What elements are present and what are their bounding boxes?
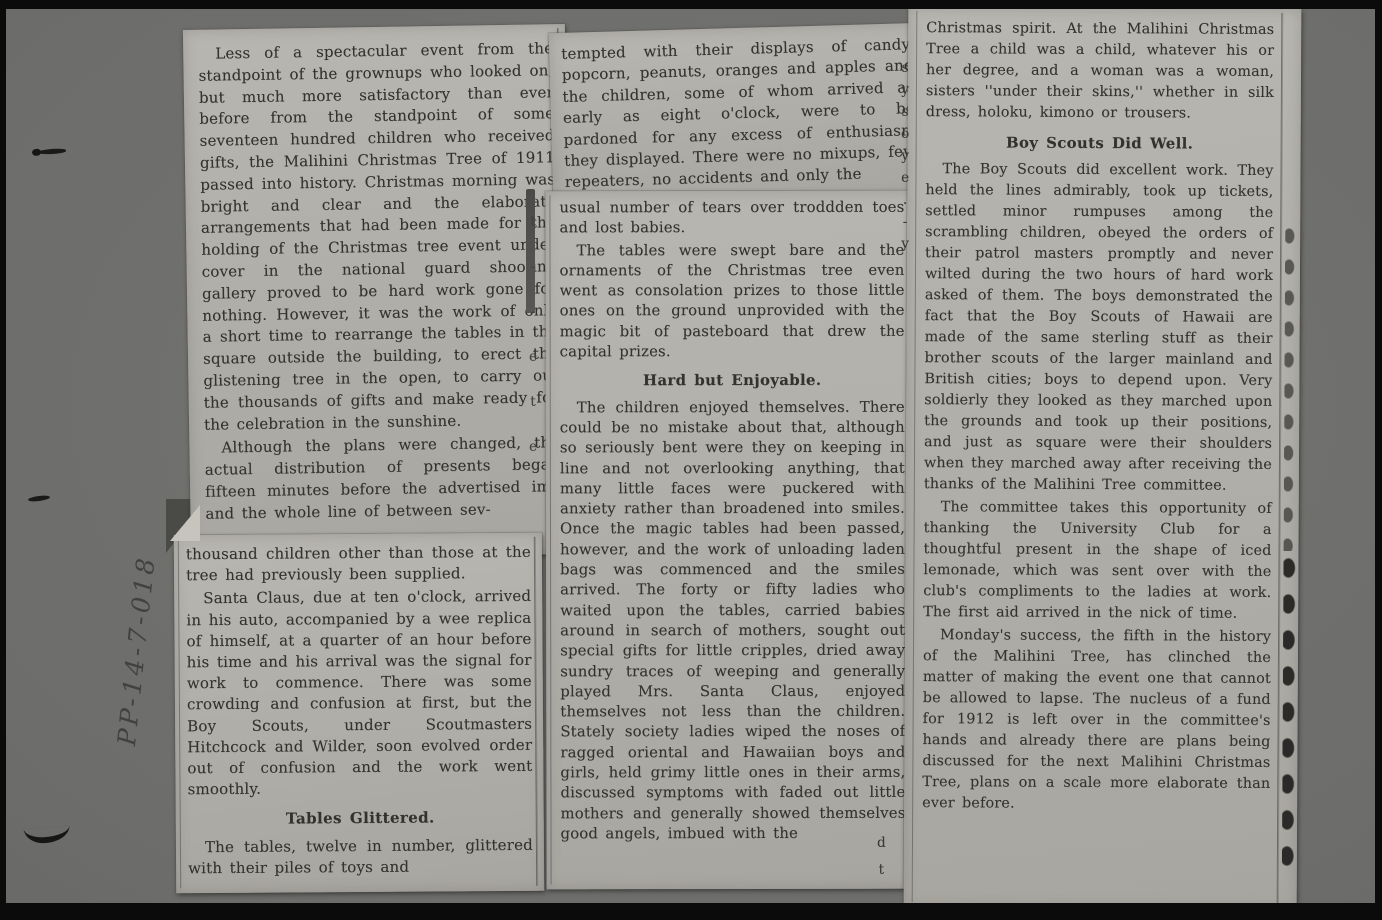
cut-letter-fragments: s y s o y e . - y — [901, 57, 909, 255]
clipping-col3: Christmas spirit. At the Malihini Christ… — [904, 7, 1302, 909]
newsprint-paragraph: The children enjoyed themselves. There c… — [560, 397, 906, 844]
newsprint-subheading: Tables Glittered. — [188, 807, 533, 831]
newsprint-subheading: Hard but Enjoyable. — [560, 371, 905, 392]
film-edge-bottom — [0, 903, 1382, 920]
newsprint-paragraph: usual number of tears over troddden toes… — [559, 198, 904, 239]
newsprint-paragraph: Less of a spectacular event from the sta… — [198, 38, 559, 436]
cut-letter-fragments: t - - e t e — [529, 200, 537, 470]
column-rule — [549, 195, 551, 884]
newsprint-paragraph: The tables were swept bare and the ornam… — [559, 240, 904, 362]
film-edge-top — [0, 0, 1382, 9]
ink-mark — [38, 148, 66, 154]
newsprint-paragraph: Christmas spirit. At the Malihini Christ… — [926, 18, 1275, 125]
newsprint-subheading: Boy Scouts Did Well. — [926, 132, 1274, 155]
folded-corner-flap — [170, 505, 200, 541]
column-rule — [178, 539, 181, 888]
ink-mark — [23, 825, 70, 844]
newsprint-paragraph: The committee takes this opportunity of … — [923, 497, 1272, 625]
newsprint-paragraph: The tables, twelve in number, glittered … — [188, 834, 533, 879]
film-edge-left — [0, 0, 6, 920]
film-edge-right — [1375, 0, 1382, 920]
handwritten-catalog-number: PP-14-7-018 — [112, 401, 177, 747]
column-rule — [534, 537, 538, 886]
newsprint-paragraph: tempted with their displays of candy, po… — [561, 34, 917, 194]
newsprint-paragraph: Although the plans were changed, the act… — [204, 433, 560, 526]
newsprint-paragraph: thousand children other than those at th… — [186, 542, 531, 587]
newsprint-paragraph: Santa Claus, due at ten o'clock, arrived… — [186, 586, 532, 800]
torn-edge — [1282, 551, 1302, 881]
cut-letter-fragments: d t — [877, 830, 886, 884]
scrapbook-photo: PP-14-7-018 Less of a spectacular event … — [0, 0, 1382, 920]
newsprint-paragraph: The Boy Scouts did excellent work. They … — [924, 159, 1274, 497]
clipping-col1-bottom: thousand children other than those at th… — [174, 533, 544, 894]
clipping-col2-main: usual number of tears over troddden toes… — [545, 191, 917, 890]
ink-mark — [28, 495, 50, 503]
torn-edge — [1284, 221, 1304, 551]
column-rule — [912, 11, 918, 902]
clipping-col1-top: Less of a spectacular event from the sta… — [183, 24, 573, 560]
newsprint-paragraph: Monday's success, the fifth in the histo… — [922, 625, 1271, 816]
clipping-col2-top: tempted with their displays of candy, po… — [549, 23, 930, 207]
